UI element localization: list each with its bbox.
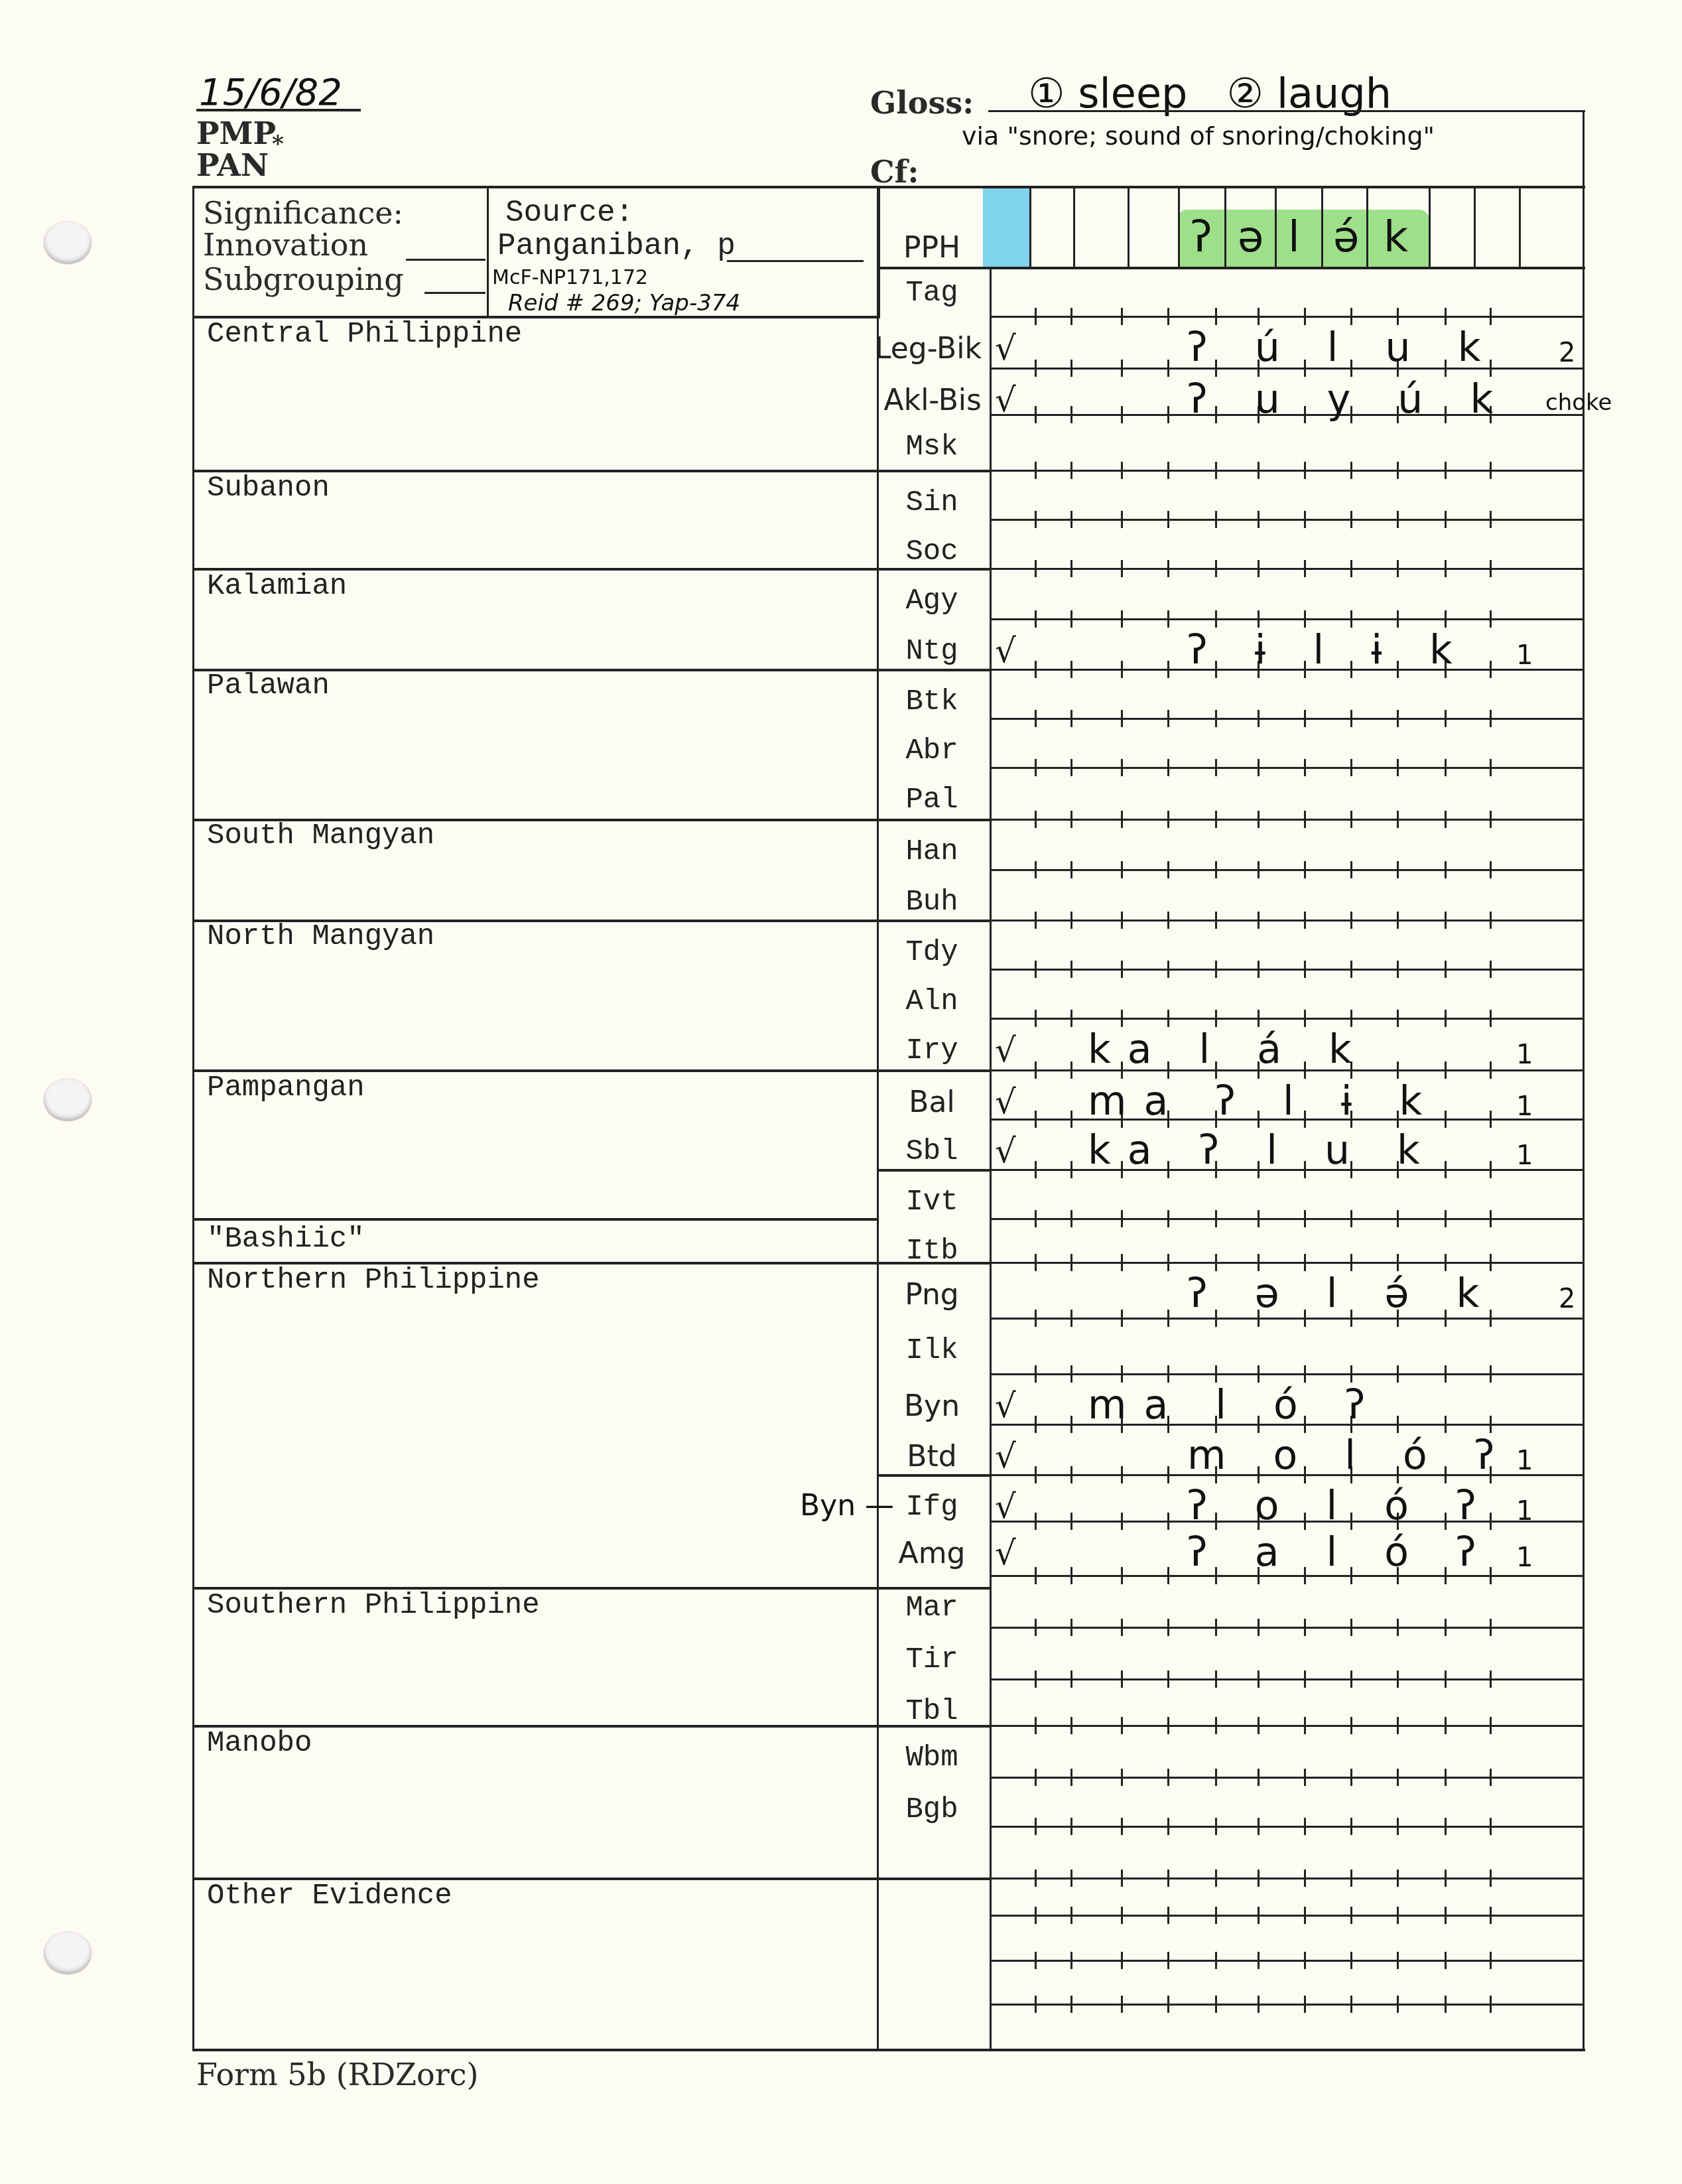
- grid-row-line: [991, 618, 1584, 620]
- lang-col-divider: [877, 1587, 991, 1590]
- grid-tick: [1350, 1619, 1352, 1636]
- grid-tick: [1035, 861, 1037, 878]
- grid-tick: [1490, 462, 1492, 479]
- language-code-ntg: Ntg: [882, 637, 982, 666]
- grid-left: [990, 186, 992, 2050]
- grid-row-line: [991, 1218, 1584, 1220]
- language-code-buh: Buh: [882, 888, 982, 917]
- reconstruction-label: PPH: [882, 234, 982, 263]
- grid-tick: [1397, 961, 1399, 978]
- grid-tick: [1258, 1996, 1260, 2013]
- grid-tick: [1167, 759, 1169, 776]
- grid-tick: [1167, 1210, 1169, 1227]
- grid-tick: [1490, 1161, 1492, 1178]
- grid-tick: [1258, 710, 1260, 727]
- grid-tick: [1035, 610, 1037, 628]
- grid-tick: [1121, 1210, 1123, 1227]
- group-label-0: Central Philippine: [207, 320, 522, 349]
- binder-hole-top: [44, 222, 92, 264]
- language-code-ifg: Ifg: [882, 1493, 982, 1522]
- grid-tick: [1167, 961, 1169, 978]
- grid-tick: [1215, 1619, 1217, 1636]
- grid-tick: [1258, 1365, 1260, 1383]
- grid-tick: [1035, 961, 1037, 978]
- language-code-sin: Sin: [882, 488, 982, 517]
- grid-tick: [1490, 661, 1492, 678]
- form-note: 2: [1559, 1286, 1575, 1312]
- grid-tick: [1035, 759, 1037, 776]
- grid-tick: [1304, 1010, 1306, 1027]
- form-note: 1: [1516, 1042, 1533, 1068]
- grid-tick: [1397, 1952, 1399, 1969]
- grid-tick: [1121, 511, 1123, 528]
- grid-tick: [1350, 511, 1352, 528]
- grid-row-line: [991, 1725, 1584, 1727]
- grid-tick: [1035, 360, 1037, 377]
- grid-tick: [1167, 1671, 1169, 1688]
- language-code-byn: Byn: [882, 1392, 982, 1421]
- cognate-form: ʔ ə l ə́ k: [1187, 1274, 1496, 1314]
- cognate-form: ka ʔ l u k: [1088, 1130, 1437, 1170]
- grid-tick: [1070, 1769, 1072, 1786]
- grid-right: [1583, 186, 1585, 2050]
- grid-row-line: [991, 1678, 1584, 1680]
- reconstruction-segment: ə́: [1333, 216, 1359, 259]
- language-code-itb: Itb: [882, 1237, 982, 1266]
- grid-tick: [1121, 1818, 1123, 1835]
- form-note: choke: [1545, 391, 1612, 414]
- binder-hole-bottom: [44, 1932, 92, 1974]
- group-label-11: Other Evidence: [207, 1881, 452, 1911]
- grid-tick: [1350, 710, 1352, 727]
- grid-tick: [1445, 511, 1447, 528]
- grid-tick: [1490, 1061, 1492, 1079]
- grid-tick: [1070, 610, 1072, 628]
- grid-tick: [1397, 912, 1399, 929]
- grid-tick: [1304, 1952, 1306, 1969]
- grid-tick: [1070, 1671, 1072, 1688]
- grid-tick: [1167, 1010, 1169, 1027]
- grid-tick: [1215, 1996, 1217, 2013]
- grid-tick: [1035, 811, 1037, 828]
- grid-tick: [1304, 1907, 1306, 1924]
- form-note: 1: [1516, 1093, 1533, 1120]
- grid-tick: [1397, 1210, 1399, 1227]
- grid-tick: [1397, 1769, 1399, 1786]
- grid-tick: [1445, 1365, 1447, 1383]
- grid-tick: [1035, 511, 1037, 528]
- grid-tick: [1167, 1870, 1169, 1887]
- grid-tick: [1350, 1210, 1352, 1227]
- grid-tick: [1070, 1619, 1072, 1636]
- grid-tick: [1035, 1818, 1037, 1835]
- grid-tick: [1258, 1010, 1260, 1027]
- lang-col-divider: [877, 1877, 991, 1880]
- grid-row-line: [991, 519, 1584, 521]
- grid-tick: [1445, 1671, 1447, 1688]
- grid-tick: [1070, 1870, 1072, 1887]
- source-line1: Panganiban, p: [497, 231, 736, 261]
- grid-tick: [1304, 1717, 1306, 1734]
- grid-tick: [1350, 308, 1352, 325]
- grid-tick: [1445, 1996, 1447, 2013]
- grid-tick: [1215, 1254, 1217, 1271]
- grid-tick: [1490, 912, 1492, 929]
- lang-col-divider: [877, 1169, 991, 1172]
- innovation-label: Innovation: [203, 230, 368, 260]
- grid-tick: [1121, 1619, 1123, 1636]
- grid-tick: [1121, 360, 1123, 377]
- grid-tick: [1490, 1907, 1492, 1924]
- grid-tick: [1167, 1466, 1169, 1483]
- grid-tick: [1445, 462, 1447, 479]
- grid-tick: [1215, 811, 1217, 828]
- grid-tick: [1215, 1365, 1217, 1383]
- grid-tick: [1397, 1619, 1399, 1636]
- pph-column-line: [1519, 188, 1521, 268]
- grid-tick: [1445, 308, 1447, 325]
- grid-tick: [1035, 1061, 1037, 1079]
- language-code-tag: Tag: [882, 279, 982, 308]
- cf-label: Cf:: [870, 157, 919, 187]
- grid-tick: [1070, 1513, 1072, 1530]
- sig-source-divider: [487, 186, 489, 317]
- group-label-5: North Mangyan: [207, 922, 434, 951]
- grid-tick: [1350, 610, 1352, 628]
- grid-tick: [1445, 1907, 1447, 1924]
- grid-tick: [1215, 1010, 1217, 1027]
- grid-tick: [1121, 661, 1123, 678]
- grid-tick: [1167, 1365, 1169, 1383]
- language-code-mar: Mar: [882, 1594, 982, 1623]
- grid-tick: [1167, 1513, 1169, 1530]
- grid-row-line: [991, 1262, 1584, 1264]
- grid-tick: [1445, 1818, 1447, 1835]
- grid-tick: [1397, 462, 1399, 479]
- check-mark: √: [995, 1034, 1016, 1067]
- grid-row-line: [991, 767, 1584, 769]
- grid-tick: [1070, 710, 1072, 727]
- grid-row-line: [991, 1018, 1584, 1020]
- grid-tick: [1035, 1513, 1037, 1530]
- grid-tick: [1167, 861, 1169, 878]
- grid-tick: [1035, 308, 1037, 325]
- grid-tick: [1035, 1717, 1037, 1734]
- subgrouping-blank: [424, 292, 485, 294]
- grid-tick: [1258, 811, 1260, 828]
- language-code-bgb: Bgb: [882, 1795, 982, 1824]
- grid-tick: [1167, 661, 1169, 678]
- grid-tick: [1350, 1365, 1352, 1383]
- grid-tick: [1121, 560, 1123, 577]
- grid-tick: [1070, 861, 1072, 878]
- grid-tick: [1258, 1671, 1260, 1688]
- grid-tick: [1445, 1210, 1447, 1227]
- grid-row-line: [991, 1877, 1584, 1879]
- footer-form-id: Form 5b (RDZorc): [196, 2059, 478, 2090]
- gloss-value: ① sleep ② laugh: [1028, 73, 1391, 114]
- grid-row-line: [991, 819, 1584, 821]
- cognate-form: m o l ó ʔ: [1187, 1436, 1512, 1475]
- gloss-label: Gloss:: [870, 88, 974, 118]
- grid-tick: [1490, 759, 1492, 776]
- pph-blue-marker: [983, 188, 1029, 268]
- top-box-border: [192, 186, 1585, 188]
- grid-tick: [1445, 1111, 1447, 1128]
- grid-tick: [1070, 1567, 1072, 1584]
- language-code-soc: Soc: [882, 537, 982, 567]
- grid-tick: [1070, 308, 1072, 325]
- grid-tick: [1121, 1907, 1123, 1924]
- grid-tick: [1397, 1010, 1399, 1027]
- grid-tick: [1215, 961, 1217, 978]
- grid-tick: [1035, 1210, 1037, 1227]
- language-code-sbl: Sbl: [882, 1137, 982, 1166]
- grid-row-line: [991, 1627, 1584, 1629]
- pph-column-line: [1224, 188, 1226, 268]
- grid-tick: [1035, 462, 1037, 479]
- grid-tick: [1167, 1996, 1169, 2013]
- grid-tick: [1121, 961, 1123, 978]
- date-underline: [196, 109, 361, 111]
- grid-tick: [1121, 610, 1123, 628]
- grid-tick: [1397, 1671, 1399, 1688]
- grid-tick: [1397, 1061, 1399, 1079]
- grid-tick: [1445, 1717, 1447, 1734]
- grid-tick: [1445, 1416, 1447, 1433]
- grid-tick: [1397, 1996, 1399, 2013]
- gloss-underline: [988, 110, 1585, 112]
- check-mark: √: [995, 1536, 1016, 1570]
- grid-tick: [1397, 1870, 1399, 1887]
- grid-tick: [1215, 1952, 1217, 1969]
- grid-tick: [1121, 1567, 1123, 1584]
- grid-tick: [1258, 912, 1260, 929]
- form-note: 1: [1516, 642, 1533, 669]
- grid-tick: [1121, 1310, 1123, 1327]
- binder-hole-middle: [44, 1079, 92, 1121]
- grid-tick: [1035, 1952, 1037, 1969]
- grid-tick: [1350, 462, 1352, 479]
- grid-tick: [1397, 1416, 1399, 1433]
- lang-col-divider: [877, 1069, 991, 1072]
- check-mark: √: [995, 1440, 1016, 1473]
- grid-tick: [1121, 1996, 1123, 2013]
- grid-row-line: [991, 718, 1584, 720]
- grid-tick: [1445, 1952, 1447, 1969]
- grid-tick: [1215, 912, 1217, 929]
- cognate-form: ʔ ɨ l ɨ k: [1187, 630, 1470, 670]
- cognate-form: ma ʔ l ɨ k: [1088, 1081, 1439, 1121]
- grid-tick: [1035, 1010, 1037, 1027]
- grid-tick: [1258, 560, 1260, 577]
- grid-tick: [1215, 1717, 1217, 1734]
- grid-tick: [1035, 1996, 1037, 2013]
- grid-tick: [1397, 1254, 1399, 1271]
- grid-tick: [1490, 1416, 1492, 1433]
- grid-row-line: [991, 1826, 1584, 1828]
- grid-tick: [1167, 610, 1169, 628]
- grid-tick: [1490, 1952, 1492, 1969]
- grid-tick: [1215, 759, 1217, 776]
- grid-tick: [1490, 308, 1492, 325]
- form-note: 1: [1516, 1544, 1533, 1571]
- group-label-4: South Mangyan: [207, 821, 434, 851]
- group-label-9: Southern Philippine: [207, 1591, 540, 1620]
- grid-tick: [1167, 406, 1169, 423]
- grid-tick: [1258, 1907, 1260, 1924]
- grid-tick: [1445, 560, 1447, 577]
- innovation-blank: [406, 259, 485, 261]
- grid-tick: [1304, 1870, 1306, 1887]
- check-mark: √: [995, 1389, 1016, 1422]
- grid-tick: [1490, 1210, 1492, 1227]
- grid-tick: [1121, 1671, 1123, 1688]
- grid-tick: [1167, 912, 1169, 929]
- grid-tick: [1121, 1717, 1123, 1734]
- grid-tick: [1070, 1111, 1072, 1128]
- check-mark: √: [995, 1490, 1016, 1523]
- grid-tick: [1304, 1210, 1306, 1227]
- grid-tick: [1490, 1870, 1492, 1887]
- grid-tick: [1167, 308, 1169, 325]
- group-label-2: Kalamian: [207, 572, 347, 601]
- language-code-aln: Aln: [882, 987, 982, 1016]
- asterisk: *: [272, 133, 284, 155]
- grid-tick: [1397, 1717, 1399, 1734]
- source-line2: McF-NP171,172: [492, 268, 648, 288]
- grid-tick: [1490, 1671, 1492, 1688]
- grid-tick: [1167, 1310, 1169, 1327]
- side-note-byn: Byn —: [800, 1491, 894, 1521]
- grid-tick: [1215, 710, 1217, 727]
- grid-tick: [1397, 1907, 1399, 1924]
- grid-tick: [1490, 1769, 1492, 1786]
- grid-tick: [1490, 811, 1492, 828]
- grid-tick: [1304, 710, 1306, 727]
- grid-tick: [1121, 759, 1123, 776]
- grid-tick: [1215, 1210, 1217, 1227]
- form-note: 1: [1516, 1142, 1533, 1169]
- grid-tick: [1121, 1513, 1123, 1530]
- grid-row-line: [991, 470, 1584, 472]
- grid-tick: [1121, 1952, 1123, 1969]
- group-divider: [192, 1218, 878, 1221]
- grid-tick: [1121, 1870, 1123, 1887]
- grid-tick: [1070, 1466, 1072, 1483]
- grid-tick: [1167, 811, 1169, 828]
- grid-tick: [1445, 1010, 1447, 1027]
- pph-column-line: [1178, 188, 1180, 268]
- grid-tick: [1121, 861, 1123, 878]
- date: 15/6/82: [199, 74, 342, 111]
- grid-tick: [1070, 1310, 1072, 1327]
- grid-tick: [1490, 1717, 1492, 1734]
- grid-tick: [1121, 308, 1123, 325]
- grid-tick: [1445, 1769, 1447, 1786]
- grid-tick: [1167, 560, 1169, 577]
- grid-tick: [1350, 1769, 1352, 1786]
- reconstruction-segment: k: [1384, 216, 1408, 259]
- grid-tick: [1070, 360, 1072, 377]
- grid-tick: [1304, 861, 1306, 878]
- grid-tick: [1215, 511, 1217, 528]
- grid-tick: [1350, 1818, 1352, 1835]
- grid-tick: [1121, 406, 1123, 423]
- check-mark: √: [995, 1134, 1016, 1168]
- grid-tick: [1215, 610, 1217, 628]
- grid-tick: [1215, 308, 1217, 325]
- grid-tick: [1397, 610, 1399, 628]
- grid-tick: [1070, 406, 1072, 423]
- grid-tick: [1121, 710, 1123, 727]
- source-line3: Reid # 269; Yap-374: [508, 292, 740, 314]
- grid-tick: [1035, 1254, 1037, 1271]
- grid-tick: [1397, 710, 1399, 727]
- gloss-note: via "snore; sound of snoring/choking": [962, 123, 1435, 149]
- grid-tick: [1304, 308, 1306, 325]
- grid-tick: [1350, 1996, 1352, 2013]
- grid-tick: [1167, 1818, 1169, 1835]
- cognate-form: ʔ u y ú k: [1187, 379, 1510, 419]
- grid-tick: [1258, 511, 1260, 528]
- language-code-ilk: Ilk: [882, 1336, 982, 1365]
- grid-tick: [1035, 1907, 1037, 1924]
- grid-tick: [1397, 1818, 1399, 1835]
- grid-tick: [1035, 1416, 1037, 1433]
- significance-label: Significance:: [203, 198, 403, 228]
- grid-tick: [1490, 1010, 1492, 1027]
- group-label-3: Palawan: [207, 671, 330, 701]
- grid-tick: [1258, 759, 1260, 776]
- grid-tick: [1167, 511, 1169, 528]
- grid-tick: [1350, 1870, 1352, 1887]
- grid-tick: [1350, 1010, 1352, 1027]
- grid-row-line: [991, 1777, 1584, 1779]
- grid-tick: [1258, 1952, 1260, 1969]
- grid-tick: [1445, 912, 1447, 929]
- language-code-abr: Abr: [882, 736, 982, 766]
- form-note: 1: [1516, 1448, 1533, 1474]
- grid-tick: [1121, 1010, 1123, 1027]
- grid-tick: [1304, 811, 1306, 828]
- grid-tick: [1397, 861, 1399, 878]
- grid-tick: [1070, 1907, 1072, 1924]
- language-code-amg: Amg: [882, 1539, 982, 1568]
- language-code-tir: Tir: [882, 1645, 982, 1674]
- grid-tick: [1490, 861, 1492, 878]
- language-code-agy: Agy: [882, 586, 982, 616]
- grid-tick: [1445, 961, 1447, 978]
- grid-tick: [1350, 961, 1352, 978]
- grid-tick: [1350, 1717, 1352, 1734]
- language-code-btd: Btd: [882, 1442, 982, 1471]
- source-label: Source:: [505, 198, 633, 228]
- grid-tick: [1167, 1567, 1169, 1584]
- grid-tick: [1258, 1769, 1260, 1786]
- lang-col-divider: [877, 470, 991, 472]
- grid-tick: [1258, 1870, 1260, 1887]
- cognate-form: ma l ó ʔ: [1088, 1385, 1382, 1425]
- grid-tick: [1035, 661, 1037, 678]
- grid-tick: [1445, 1870, 1447, 1887]
- check-mark: √: [995, 634, 1016, 667]
- cognate-form: ʔ a l ó ʔ: [1187, 1533, 1494, 1572]
- grid-row-line: [991, 1915, 1584, 1917]
- lang-col-divider: [877, 920, 991, 922]
- grid-tick: [1070, 1161, 1072, 1178]
- grid-tick: [1445, 610, 1447, 628]
